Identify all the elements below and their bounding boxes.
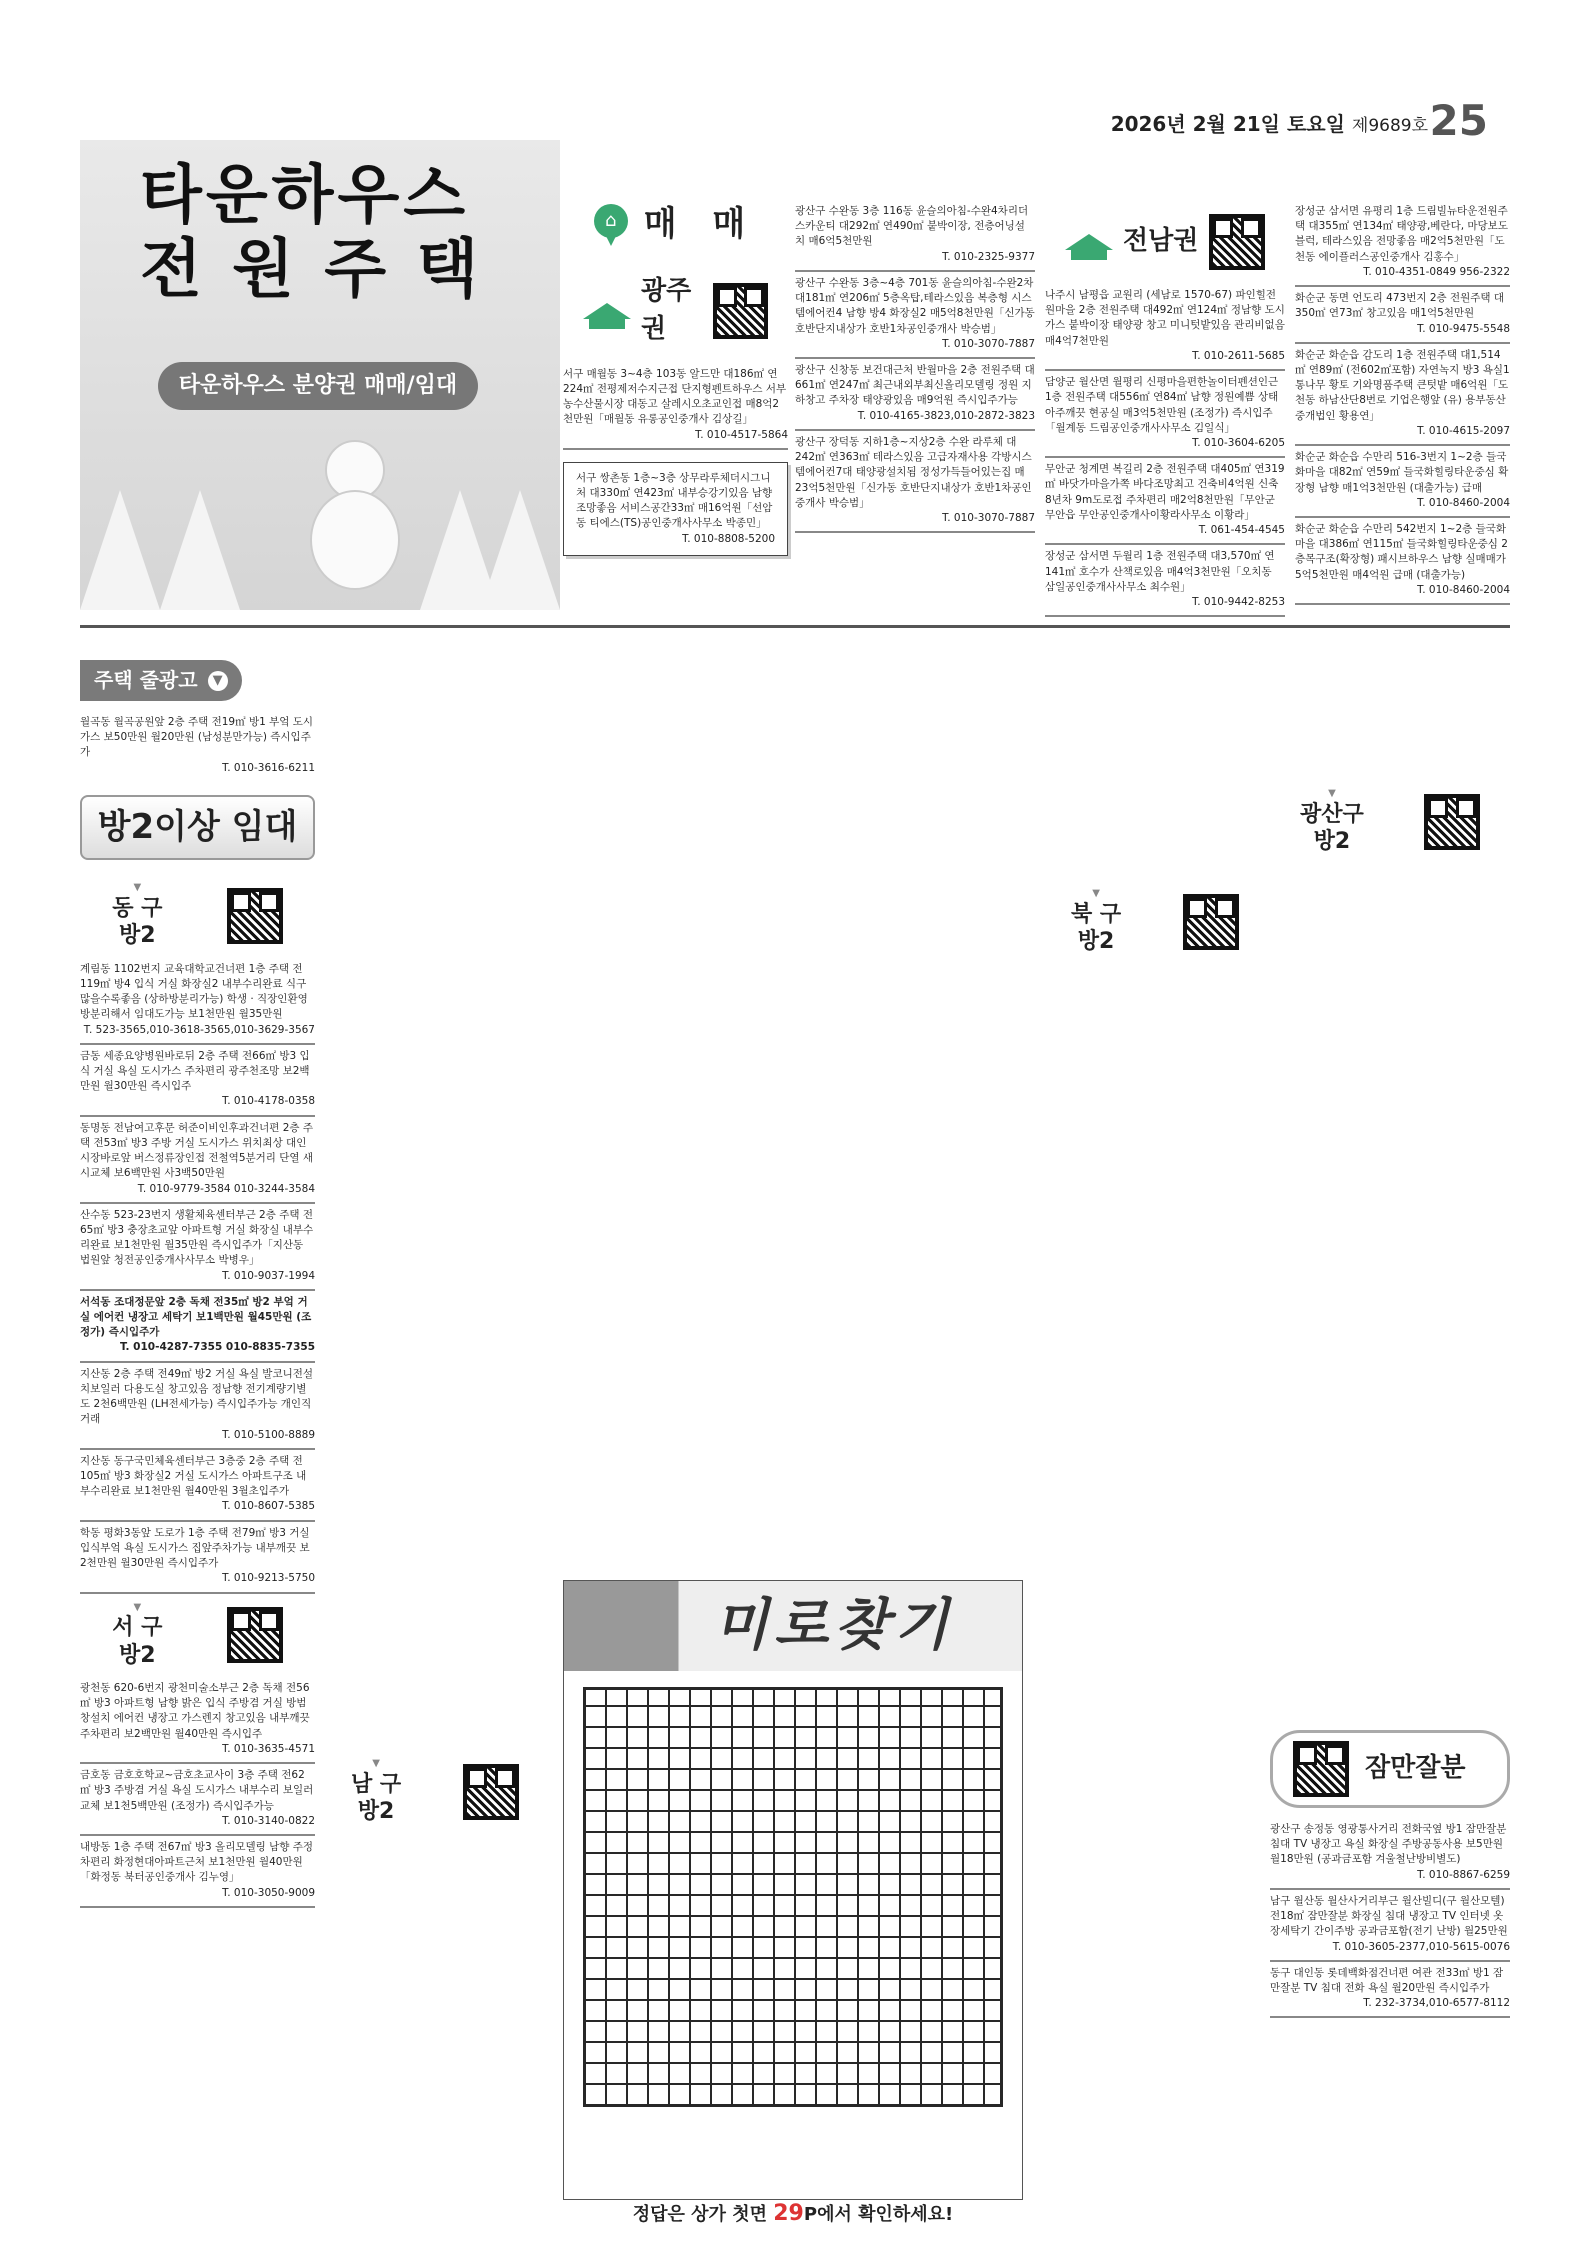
district-header-donggu: ▼동 구방2 (80, 874, 315, 958)
listing: 지산동 2층 주택 전49㎡ 방2 거실 욕실 발코니전설치보일러 다용도실 창… (80, 1363, 315, 1450)
triangle-down-icon: ▼ (112, 882, 162, 895)
listing-phone: T. 010-9475-5548 (1295, 322, 1510, 337)
listing: 광산구 신창동 보건대근처 반월마을 2층 전원주택 대661㎡ 연247㎡ 최… (795, 359, 1035, 431)
listing-text: 남구 월산동 월산사거리부근 월산빌디(구 월산모텔) 전18㎡ 잠만잘분 화장… (1270, 1895, 1508, 1937)
maze-puzzle: 미로찾기 (563, 1580, 1023, 2200)
listing-text: 광천동 620-6번지 광천미술소부근 2층 독채 전56㎡ 방3 아파트형 남… (80, 1682, 310, 1740)
listing-phone: T. 010-9779-3584 010-3244-3584 (80, 1182, 315, 1197)
line-ad-tag: 주택 줄광고 ▼ (80, 660, 242, 701)
sale-label: 매 매 (644, 200, 758, 249)
listing-text: 담양군 월산면 월평리 신평마을편한놀이터펜션인근 1층 전원주택 대556㎡ … (1045, 376, 1278, 434)
rental-column-1: 주택 줄광고 ▼ 월곡동 월곡공원앞 2층 주택 전19㎡ 방1 부엌 도시가스… (80, 660, 315, 1908)
tree-decoration-icon (80, 490, 160, 610)
listing-phone: T. 010-2611-5685 (1045, 349, 1285, 364)
listing-text: 화순군 동면 언도리 473번지 2층 전원주택 대350㎡ 연73㎡ 창고있음… (1295, 292, 1504, 319)
jammal-column: 잠만잘분 광산구 송정동 영광통사거리 전화국옆 방1 잠만잘분 침대 TV 냉… (1270, 1720, 1510, 2018)
listing-text: 금호동 금호호학교~금호초교사이 3층 주택 전62㎡ 방3 주방겸 거실 욕실… (80, 1769, 313, 1811)
section-divider (80, 625, 1510, 628)
listing-phone: T. 010-5100-8889 (80, 1428, 315, 1443)
hero-subtitle: 타운하우스 분양권 매매/임대 (158, 362, 478, 410)
answer-page: 29 (773, 2201, 804, 2226)
listing-text: 광산구 송정동 영광통사거리 전화국옆 방1 잠만잘분 침대 TV 냉장고 욕실… (1270, 1823, 1506, 1865)
listing: 지산동 동구국민체육센터부근 3층중 2층 주택 전105㎡ 방3 화장실2 거… (80, 1450, 315, 1522)
house-icon (1065, 234, 1113, 250)
listing-text: 화순군 화순읍 수만리 516-3번지 1~2층 들국화마을 대82㎡ 연59㎡… (1295, 451, 1508, 493)
listing-phone: T. 232-3734,010-6577-8112 (1270, 1996, 1510, 2011)
listing-phone: T. 010-3050-9009 (80, 1886, 315, 1901)
qr-code-icon[interactable] (1209, 214, 1265, 270)
listing-text: 광산구 신창동 보건대근처 반월마을 2층 전원주택 대661㎡ 연247㎡ 최… (795, 364, 1035, 406)
triangle-down-icon: ▼ (1300, 788, 1364, 801)
district-name: 서 구 (112, 1615, 162, 1640)
listing-phone: T. 010-3140-0822 (80, 1814, 315, 1829)
masthead: 2026년 2월 21일 토요일 제9689호 25 (0, 0, 1588, 160)
listing-phone: T. 010-4351-0849 956-2322 (1295, 265, 1510, 280)
listing-text: 무안군 청계면 복길리 2층 전원주택 대405㎡ 연319㎡ 바닷가마을가쪽 … (1045, 463, 1285, 521)
listing: 광산구 수완동 3층 116동 윤슬의아침-수완4차리더스카운티 대292㎡ 연… (795, 200, 1035, 272)
listing-phone: T. 010-4178-0358 (80, 1094, 315, 1109)
district-rooms: 방2 (119, 923, 156, 948)
district-header-seogu: ▼서 구방2 (80, 1594, 315, 1678)
region-header-gwangju: 광주권 (563, 259, 788, 362)
district-header-bukgu: ▼북 구방2 (1040, 880, 1270, 964)
listing-text: 광산구 수완동 3층 116동 윤슬의아침-수완4차리더스카운티 대292㎡ 연… (795, 205, 1028, 247)
listing-boxed: 서구 쌍촌동 1층~3층 상무라루체더시그니처 대330㎡ 연423㎡ 내부승강… (563, 462, 788, 556)
jammal-label: 잠만잘분 (1365, 1750, 1465, 1788)
listing-phone: T. 010-8607-5385 (80, 1499, 315, 1514)
listing-phone: T. 010-2325-9377 (795, 250, 1035, 265)
answer-prefix: 정답은 상가 첫면 (633, 2204, 774, 2225)
listing-text: 화순군 화순읍 수만리 542번지 1~2층 들국화마을 대386㎡ 연115㎡… (1295, 523, 1508, 581)
listing-phone: T. 010-4517-5864 (563, 428, 788, 443)
listing-phone: T. 523-3565,010-3618-3565,010-3629-3567 (80, 1023, 315, 1038)
listing-text: 금동 세종요양병원바로뒤 2층 주택 전66㎡ 방3 입식 거실 욕실 도시가스… (80, 1050, 310, 1092)
home-pin-icon: ⌂ (594, 204, 628, 246)
tree-decoration-icon (160, 490, 240, 610)
listing-text: 광산구 수완동 3층~4층 701동 윤슬의아침-수완2차 대181㎡ 연206… (795, 277, 1035, 335)
district-name: 북 구 (1071, 902, 1121, 927)
hero-title: 타운하우스 전 원 주 택 (140, 160, 482, 307)
issue-date: 2026년 2월 21일 토요일 (1111, 112, 1345, 136)
sale-gwangju-column-2: 광산구 수완동 3층 116동 윤슬의아침-수완4차리더스카운티 대292㎡ 연… (795, 200, 1035, 533)
triangle-down-icon: ▼ (351, 1758, 401, 1771)
qr-code-icon[interactable] (227, 888, 283, 944)
listing-text: 지산동 동구국민체육센터부근 3층중 2층 주택 전105㎡ 방3 화장실2 거… (80, 1455, 306, 1497)
listing-text: 내방동 1층 주택 전67㎡ 방3 올리모델링 남향 주정차편리 화정현대아파트… (80, 1841, 313, 1883)
district-name: 남 구 (351, 1772, 401, 1797)
listing-phone: T. 010-9213-5750 (80, 1571, 315, 1586)
hero-title-line1: 타운하우스 (140, 160, 482, 234)
listing: 장성군 삼서면 두월리 1층 전원주택 대3,570㎡ 연141㎡ 호수가 산책… (1045, 545, 1285, 617)
listing: 광천동 620-6번지 광천미술소부근 2층 독채 전56㎡ 방3 아파트형 남… (80, 1677, 315, 1764)
listing-phone: T. 061-454-4545 (1045, 523, 1285, 538)
listing: 화순군 화순읍 감도리 1층 전원주택 대1,514㎡ 연89㎡ (전602㎡포… (1295, 344, 1510, 446)
snowman-illustration-icon (290, 430, 410, 600)
district-rooms: 방2 (1078, 929, 1115, 954)
line-ad-label: 주택 줄광고 (94, 666, 198, 695)
qr-code-icon[interactable] (1183, 894, 1239, 950)
listing: 화순군 동면 언도리 473번지 2층 전원주택 대350㎡ 연73㎡ 창고있음… (1295, 287, 1510, 344)
listing: 금동 세종요양병원바로뒤 2층 주택 전66㎡ 방3 입식 거실 욕실 도시가스… (80, 1045, 315, 1117)
listing-phone: T. 010-9037-1994 (80, 1269, 315, 1284)
qr-code-icon[interactable] (227, 1607, 283, 1663)
region-name: 전남권 (1123, 223, 1198, 261)
issue-number: 제9689호 (1352, 116, 1428, 136)
arrow-down-circle-icon: ▼ (208, 671, 228, 691)
house-icon (583, 303, 631, 319)
district-name: 광산구 (1300, 802, 1364, 827)
hero-title-line2: 전 원 주 택 (140, 234, 482, 308)
hero-banner: 타운하우스 전 원 주 택 타운하우스 분양권 매매/임대 (80, 140, 560, 610)
triangle-down-icon: ▼ (1071, 888, 1121, 901)
listing-text: 동명동 전남여고후문 허준이비인후과건너편 2층 주택 전53㎡ 방3 주방 거… (80, 1122, 313, 1180)
district-rooms: 방2 (358, 1799, 395, 1824)
listing: 월곡동 월곡공원앞 2층 주택 전19㎡ 방1 부엌 도시가스 보50만원 월2… (80, 711, 315, 781)
listing-text: 화순군 화순읍 감도리 1층 전원주택 대1,514㎡ 연89㎡ (전602㎡포… (1295, 349, 1510, 422)
listing-text: 서석동 조대정문앞 2층 독채 전35㎡ 방2 부엌 거실 에어컨 냉장고 세탁… (80, 1296, 311, 1338)
listing: 학동 평화3동앞 도로가 1층 주택 전79㎡ 방3 거실 입식부엌 욕실 도시… (80, 1522, 315, 1594)
region-header-jeonnam: 전남권 (1045, 200, 1285, 284)
listing: 광산구 송정동 영광통사거리 전화국옆 방1 잠만잘분 침대 TV 냉장고 욕실… (1270, 1818, 1510, 1890)
listing-text: 서구 매월동 3~4층 103동 알드만 대186㎡ 연224㎡ 전평제저수지근… (563, 368, 786, 426)
listing-phone: T. 010-4287-7355 010-8835-7355 (80, 1340, 315, 1355)
listing: 서구 매월동 3~4층 103동 알드만 대186㎡ 연224㎡ 전평제저수지근… (563, 363, 788, 450)
district-header-namgu: ▼남 구방2 (320, 1750, 550, 1834)
qr-code-icon[interactable] (1293, 1741, 1349, 1797)
listing-text: 학동 평화3동앞 도로가 1층 주택 전79㎡ 방3 거실 입식부엌 욕실 도시… (80, 1527, 310, 1569)
listing: 남구 월산동 월산사거리부근 월산빌디(구 월산모텔) 전18㎡ 잠만잘분 화장… (1270, 1890, 1510, 1962)
qr-code-icon[interactable] (713, 283, 768, 339)
triangle-down-icon: ▼ (112, 1602, 162, 1615)
answer-suffix: P에서 확인하세요! (804, 2204, 953, 2225)
listing-text: 서구 쌍촌동 1층~3층 상무라루체더시그니처 대330㎡ 연423㎡ 내부승강… (576, 472, 772, 530)
listing-phone: T. 010-3605-2377,010-5615-0076 (1270, 1940, 1510, 1955)
listing-text: 나주시 남평읍 교원리 (세남로 1570-67) 파인힐전원마을 2층 전원주… (1045, 289, 1285, 347)
district-rooms: 방2 (1314, 829, 1351, 854)
listing-phone: T. 010-8808-5200 (576, 532, 775, 547)
listing: 서석동 조대정문앞 2층 독채 전35㎡ 방2 부엌 거실 에어컨 냉장고 세탁… (80, 1291, 315, 1363)
listing: 화순군 화순읍 수만리 542번지 1~2층 들국화마을 대386㎡ 연115㎡… (1295, 518, 1510, 605)
dateline: 2026년 2월 21일 토요일 제9689호 (1111, 108, 1428, 137)
listing-phone: T. 010-4165-3823,010-2872-3823 (795, 409, 1035, 424)
listing: 금호동 금호호학교~금호초교사이 3층 주택 전62㎡ 방3 주방겸 거실 욕실… (80, 1764, 315, 1836)
listing-phone: T. 010-3635-4571 (80, 1742, 315, 1757)
listing: 내방동 1층 주택 전67㎡ 방3 올리모델링 남향 주정차편리 화정현대아파트… (80, 1836, 315, 1908)
listing-text: 산수동 523-23번지 생활체육센터부근 2층 주택 전65㎡ 방3 충장초교… (80, 1209, 313, 1267)
qr-code-icon[interactable] (463, 1764, 519, 1820)
district-header-gwangsangu: ▼광산구방2 (1270, 780, 1510, 864)
maze-title: 미로찾기 (564, 1581, 1022, 1671)
jammal-header: 잠만잘분 (1270, 1730, 1510, 1808)
listing-phone: T. 010-8867-6259 (1270, 1868, 1510, 1883)
tree-decoration-icon (480, 490, 560, 610)
sale-jeonnam-column-2: 장성군 삼서면 유평리 1층 드림빌뉴타운전원주택 대355㎡ 연134㎡ 태양… (1295, 200, 1510, 605)
listing-text: 월곡동 월곡공원앞 2층 주택 전19㎡ 방1 부엌 도시가스 보50만원 월2… (80, 716, 313, 758)
listing-text: 광산구 장덕동 지하1층~지상2층 수완 라루체 대242㎡ 연363㎡ 테라스… (795, 436, 1032, 509)
listing-phone: T. 010-3616-6211 (80, 761, 315, 776)
listing: 담양군 월산면 월평리 신평마을편한놀이터펜션인근 1층 전원주택 대556㎡ … (1045, 371, 1285, 458)
listing-text: 동구 대인동 롯데백화점건너편 여관 전33㎡ 방1 잠만잘분 TV 침대 전화… (1270, 1967, 1503, 1994)
listing-text: 장성군 삼서면 유평리 1층 드림빌뉴타운전원주택 대355㎡ 연134㎡ 태양… (1295, 205, 1508, 263)
district-rooms: 방2 (119, 1643, 156, 1668)
listing: 화순군 화순읍 수만리 516-3번지 1~2층 들국화마을 대82㎡ 연59㎡… (1295, 446, 1510, 518)
listing-phone: T. 010-8460-2004 (1295, 496, 1510, 511)
sale-gwangju-column: ⌂ 매 매 광주권 서구 매월동 3~4층 103동 알드만 대186㎡ 연22… (563, 190, 788, 556)
region-name: 광주권 (641, 273, 713, 348)
listing: 계림동 1102번지 교육대학교건너편 1층 주택 전119㎡ 방4 입식 거실… (80, 958, 315, 1045)
sale-jeonnam-column: 전남권 나주시 남평읍 교원리 (세남로 1570-67) 파인힐전원마을 2층… (1045, 200, 1285, 617)
listing: 장성군 삼서면 유평리 1층 드림빌뉴타운전원주택 대355㎡ 연134㎡ 태양… (1295, 200, 1510, 287)
qr-code-icon[interactable] (1424, 794, 1480, 850)
listing-phone: T. 010-9442-8253 (1045, 595, 1285, 610)
rental-banner: 방2이상 임대 (80, 795, 315, 860)
listing-text: 장성군 삼서면 두월리 1층 전원주택 대3,570㎡ 연141㎡ 호수가 산책… (1045, 550, 1275, 592)
listing: 동구 대인동 롯데백화점건너편 여관 전33㎡ 방1 잠만잘분 TV 침대 전화… (1270, 1962, 1510, 2019)
listing-phone: T. 010-3070-7887 (795, 337, 1035, 352)
listing-text: 계림동 1102번지 교육대학교건너편 1층 주택 전119㎡ 방4 입식 거실… (80, 963, 308, 1021)
listing-phone: T. 010-8460-2004 (1295, 583, 1510, 598)
maze-grid (583, 1687, 1003, 2107)
listing: 동명동 전남여고후문 허준이비인후과건너편 2층 주택 전53㎡ 방3 주방 거… (80, 1117, 315, 1204)
listing-text: 지산동 2층 주택 전49㎡ 방2 거실 욕실 발코니전설치보일러 다용도실 창… (80, 1368, 313, 1426)
maze-answer-note: 정답은 상가 첫면 29P에서 확인하세요! (563, 2200, 1023, 2226)
listing-phone: T. 010-3070-7887 (795, 511, 1035, 526)
district-name: 동 구 (112, 896, 162, 921)
listing: 나주시 남평읍 교원리 (세남로 1570-67) 파인힐전원마을 2층 전원주… (1045, 284, 1285, 371)
page-number: 25 (1430, 96, 1488, 145)
listing: 광산구 장덕동 지하1층~지상2층 수완 라루체 대242㎡ 연363㎡ 테라스… (795, 431, 1035, 533)
sale-heading: ⌂ 매 매 (563, 190, 788, 259)
listing: 산수동 523-23번지 생활체육센터부근 2층 주택 전65㎡ 방3 충장초교… (80, 1204, 315, 1291)
listing: 광산구 수완동 3층~4층 701동 윤슬의아침-수완2차 대181㎡ 연206… (795, 272, 1035, 359)
listing: 무안군 청계면 복길리 2층 전원주택 대405㎡ 연319㎡ 바닷가마을가쪽 … (1045, 458, 1285, 545)
listing-phone: T. 010-3604-6205 (1045, 436, 1285, 451)
listing-phone: T. 010-4615-2097 (1295, 424, 1510, 439)
